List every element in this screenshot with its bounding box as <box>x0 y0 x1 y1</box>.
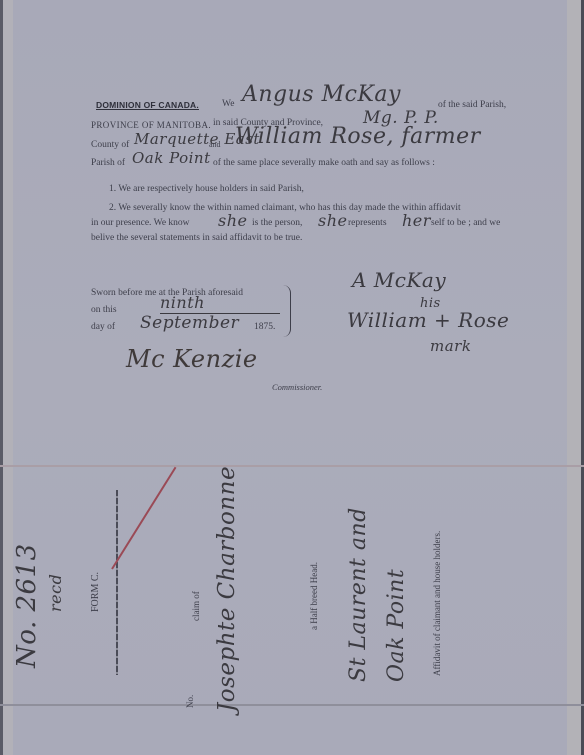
severally-make-oath: of the same place severally make oath an… <box>213 158 435 168</box>
parish-handwritten: Oak Point <box>132 149 211 167</box>
dominion-heading: DOMINION OF CANADA. <box>96 100 199 110</box>
docket-rule <box>116 490 118 675</box>
claimant-handwritten: Josephte Charbonne <box>214 466 240 712</box>
clause-2-line-2d: self to be ; and we <box>431 218 500 228</box>
docket-number-handwritten: No. 2613 <box>12 543 42 668</box>
clam-of-label: claim of <box>191 591 201 621</box>
no-label: No. <box>185 695 195 708</box>
day-handwritten: ninth <box>160 293 205 312</box>
and-label: and <box>209 140 221 149</box>
province-label: PROVINCE OF MANITOBA. <box>91 120 211 130</box>
mark-label: mark <box>430 337 471 355</box>
deponent-1-handwritten: Angus McKay <box>242 82 401 107</box>
red-pencil-stroke <box>111 467 176 570</box>
parish-label: Parish of <box>91 158 125 168</box>
commissioner-label: Commissioner. <box>272 382 322 392</box>
deponent-2-handwritten: William Rose, farmer <box>235 124 481 149</box>
month-handwritten: September <box>140 313 239 333</box>
year: 1875. <box>254 322 275 332</box>
clause-2-line-2c: represents <box>348 218 387 228</box>
residence-handwritten: St Laurent and Oak Point <box>340 472 416 682</box>
hand-she-2: she <box>318 211 347 230</box>
commissioner-signature: Mc Kenzie <box>126 345 258 373</box>
fold-line-upper <box>0 465 584 467</box>
signature-william-rose: William + Rose <box>347 308 509 332</box>
right-edge-margin <box>567 0 581 755</box>
signature-a-mckay: A McKay <box>352 268 446 292</box>
of-said-parish: of the said Parish, <box>438 100 506 110</box>
clause-2-line-2b: is the person, <box>252 218 302 228</box>
fold-line-lower <box>0 704 584 706</box>
on-this-label: on this <box>91 305 117 315</box>
day-of-label: day of <box>91 322 115 332</box>
document-page: DOMINION OF CANADA. We Angus McKay of th… <box>0 0 584 755</box>
clause-2-line-2a: in our presence. We know <box>91 218 190 228</box>
clause-2-line-3: belive the several statements in said af… <box>91 233 302 243</box>
we-label: We <box>222 99 234 109</box>
form-c-label: FORM C. <box>90 572 101 612</box>
hand-she-1: she <box>218 211 247 230</box>
county-label: County of <box>91 140 129 150</box>
jurat-brace <box>282 285 291 337</box>
clause-1: 1. We are respectively house holders in … <box>109 184 304 194</box>
affidavit-title: Affidavit of claimant and house holders. <box>432 531 442 676</box>
hand-her: her <box>402 211 431 230</box>
recd-handwritten: recd <box>46 574 65 612</box>
half-breed-label: a Half breed Head. <box>309 562 319 630</box>
